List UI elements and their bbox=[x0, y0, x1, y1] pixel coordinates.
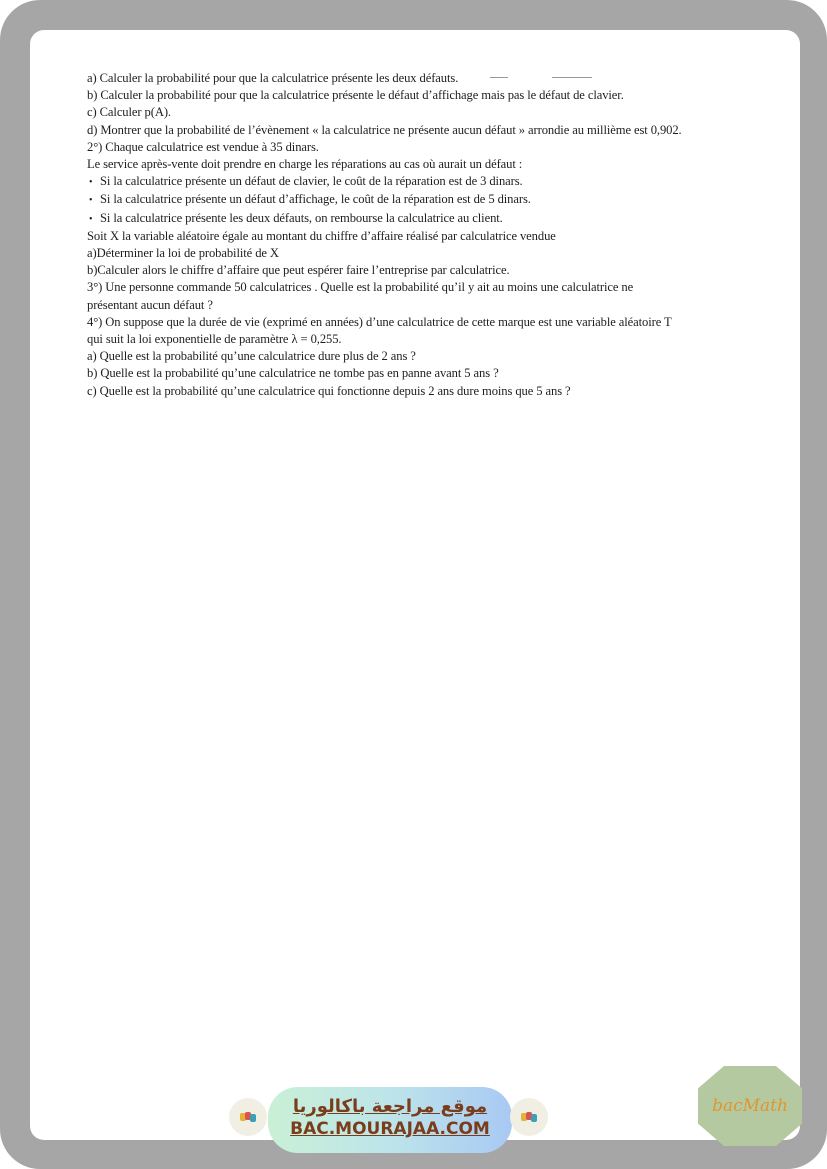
text-line: c) Calculer p(A). bbox=[87, 104, 787, 121]
text-line: a)Déterminer la loi de probabilité de X bbox=[87, 245, 787, 262]
bacmath-logo-text: bacMath bbox=[712, 1096, 788, 1116]
text-line: 3°) Une personne commande 50 calculatric… bbox=[87, 279, 787, 296]
text-line: b) Calculer la probabilité pour que la c… bbox=[87, 87, 787, 104]
site-badge-right bbox=[510, 1098, 548, 1136]
text-line: 4°) On suppose que la durée de vie (expr… bbox=[87, 314, 787, 331]
exercise-text: a) Calculer la probabilité pour que la c… bbox=[87, 70, 787, 400]
text-line: d) Montrer que la probabilité de l’évène… bbox=[87, 122, 787, 139]
text-line: a) Calculer la probabilité pour que la c… bbox=[87, 70, 787, 87]
bullet-line: Si la calculatrice présente les deux déf… bbox=[87, 210, 787, 228]
site-banner[interactable]: موقع مراجعة باكالوريا BAC.MOURAJAA.COM bbox=[268, 1087, 512, 1153]
book-logo-icon bbox=[521, 1112, 537, 1122]
text-line: c) Quelle est la probabilité qu’une calc… bbox=[87, 383, 787, 400]
document-page: a) Calculer la probabilité pour que la c… bbox=[30, 30, 800, 1140]
text-line: a) Quelle est la probabilité qu’une calc… bbox=[87, 348, 787, 365]
bullet-line: Si la calculatrice présente un défaut d’… bbox=[87, 191, 787, 209]
text-line: présentant aucun défaut ? bbox=[87, 297, 787, 314]
text-line: Le service après-vente doit prendre en c… bbox=[87, 156, 787, 173]
text-line: b)Calculer alors le chiffre d’affaire qu… bbox=[87, 262, 787, 279]
bullet-line: Si la calculatrice présente un défaut de… bbox=[87, 173, 787, 191]
banner-url-link[interactable]: BAC.MOURAJAA.COM bbox=[268, 1118, 512, 1140]
bacmath-logo: bacMath bbox=[698, 1066, 802, 1146]
text-line: Soit X la variable aléatoire égale au mo… bbox=[87, 228, 787, 245]
site-badge-left bbox=[229, 1098, 267, 1136]
book-logo-icon bbox=[240, 1112, 256, 1122]
banner-arabic-title[interactable]: موقع مراجعة باكالوريا bbox=[268, 1096, 512, 1118]
text-line: b) Quelle est la probabilité qu’une calc… bbox=[87, 365, 787, 382]
text-line: 2°) Chaque calculatrice est vendue à 35 … bbox=[87, 139, 787, 156]
text-line: qui suit la loi exponentielle de paramèt… bbox=[87, 331, 787, 348]
